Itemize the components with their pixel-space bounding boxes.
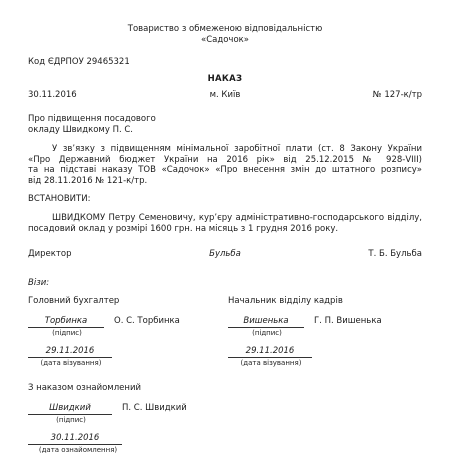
visa-date-caption: (дата візування) bbox=[228, 359, 314, 367]
subject-line: Про підвищення посадового bbox=[28, 114, 422, 125]
visas-heading: Візи: bbox=[28, 278, 422, 289]
acknowledgement-date-caption: (дата ознайомлення) bbox=[28, 446, 128, 454]
director-title: Директор bbox=[28, 249, 159, 260]
order-date: 30.11.2016 bbox=[28, 90, 159, 101]
signature-handwritten: Вишенька bbox=[228, 316, 304, 328]
subject-line: окладу Швидкому П. С. bbox=[28, 125, 422, 136]
signature-caption: (підпис) bbox=[228, 329, 306, 337]
visas-row: Головний бухгалтер Торбинка О. С. Торбин… bbox=[28, 296, 422, 367]
signature-handwritten: Торбинка bbox=[28, 316, 104, 328]
director-row: Директор Бульба Т. Б. Бульба bbox=[28, 249, 422, 260]
visa-block-chief-accountant: Головний бухгалтер Торбинка О. С. Торбин… bbox=[28, 296, 228, 367]
visa-signer-name: О. С. Торбинка bbox=[114, 316, 180, 326]
director-name: Т. Б. Бульба bbox=[291, 249, 422, 260]
company-quoted-name: «Садочок» bbox=[28, 35, 422, 46]
visa-date-line: 29.11.2016 bbox=[28, 346, 228, 358]
acknowledgement-signer-name: П. С. Швидкий bbox=[122, 403, 187, 413]
order-city: м. Київ bbox=[159, 90, 290, 101]
signature-handwritten: Швидкий bbox=[28, 403, 112, 415]
director-signature: Бульба bbox=[159, 249, 290, 260]
resolution-line: посадовий оклад у розмірі 1600 грн. на м… bbox=[28, 224, 422, 235]
visa-signer-name: Г. П. Вишенька bbox=[314, 316, 382, 326]
preamble-line: від 28.11.2016 № 121-к/тр. bbox=[28, 176, 422, 187]
visa-date-line: 29.11.2016 bbox=[228, 346, 422, 358]
document-title: НАКАЗ bbox=[28, 74, 422, 85]
visa-block-hr-head: Начальник відділу кадрів Вишенька Г. П. … bbox=[228, 296, 422, 367]
signature-caption: (підпис) bbox=[28, 416, 114, 424]
acknowledgement-heading: З наказом ознайомлений bbox=[28, 383, 422, 394]
visa-date-caption: (дата візування) bbox=[28, 359, 114, 367]
preamble-paragraph: У зв’язку з підвищенням мінімальної заро… bbox=[28, 144, 422, 186]
resolution-line: ШВИДКОМУ Петру Семеновичу, кур’єру адмін… bbox=[28, 213, 422, 224]
order-document: Товариство з обмеженою відповідальністю … bbox=[0, 0, 450, 462]
visa-signature-line: Вишенька Г. П. Вишенька bbox=[228, 316, 422, 328]
edrpou-code: Код ЄДРПОУ 29465321 bbox=[28, 57, 422, 68]
resolution-heading: ВСТАНОВИТИ: bbox=[28, 194, 422, 205]
acknowledgement-signature-line: Швидкий П. С. Швидкий bbox=[28, 403, 422, 415]
resolution-paragraph: ШВИДКОМУ Петру Семеновичу, кур’єру адмін… bbox=[28, 213, 422, 234]
visa-role: Головний бухгалтер bbox=[28, 296, 228, 307]
acknowledgement-date-handwritten: 30.11.2016 bbox=[28, 433, 122, 445]
visa-role: Начальник відділу кадрів bbox=[228, 296, 422, 307]
signature-caption: (підпис) bbox=[28, 329, 106, 337]
order-subject: Про підвищення посадового окладу Швидком… bbox=[28, 114, 422, 136]
order-meta-row: 30.11.2016 м. Київ № 127-к/тр bbox=[28, 90, 422, 101]
order-number: № 127-к/тр bbox=[291, 90, 422, 101]
preamble-line: У зв’язку з підвищенням мінімальної заро… bbox=[28, 144, 422, 155]
preamble-line: «Про Державний бюджет України на 2016 рі… bbox=[28, 155, 422, 166]
visa-date-handwritten: 29.11.2016 bbox=[228, 346, 312, 358]
preamble-line: та на підставі наказу ТОВ «Садочок» «Про… bbox=[28, 165, 422, 176]
acknowledgement-date-line: 30.11.2016 bbox=[28, 433, 422, 445]
acknowledgement-block: З наказом ознайомлений Швидкий П. С. Шви… bbox=[28, 383, 422, 454]
visa-signature-line: Торбинка О. С. Торбинка bbox=[28, 316, 228, 328]
company-name: Товариство з обмеженою відповідальністю bbox=[28, 24, 422, 35]
visa-date-handwritten: 29.11.2016 bbox=[28, 346, 112, 358]
